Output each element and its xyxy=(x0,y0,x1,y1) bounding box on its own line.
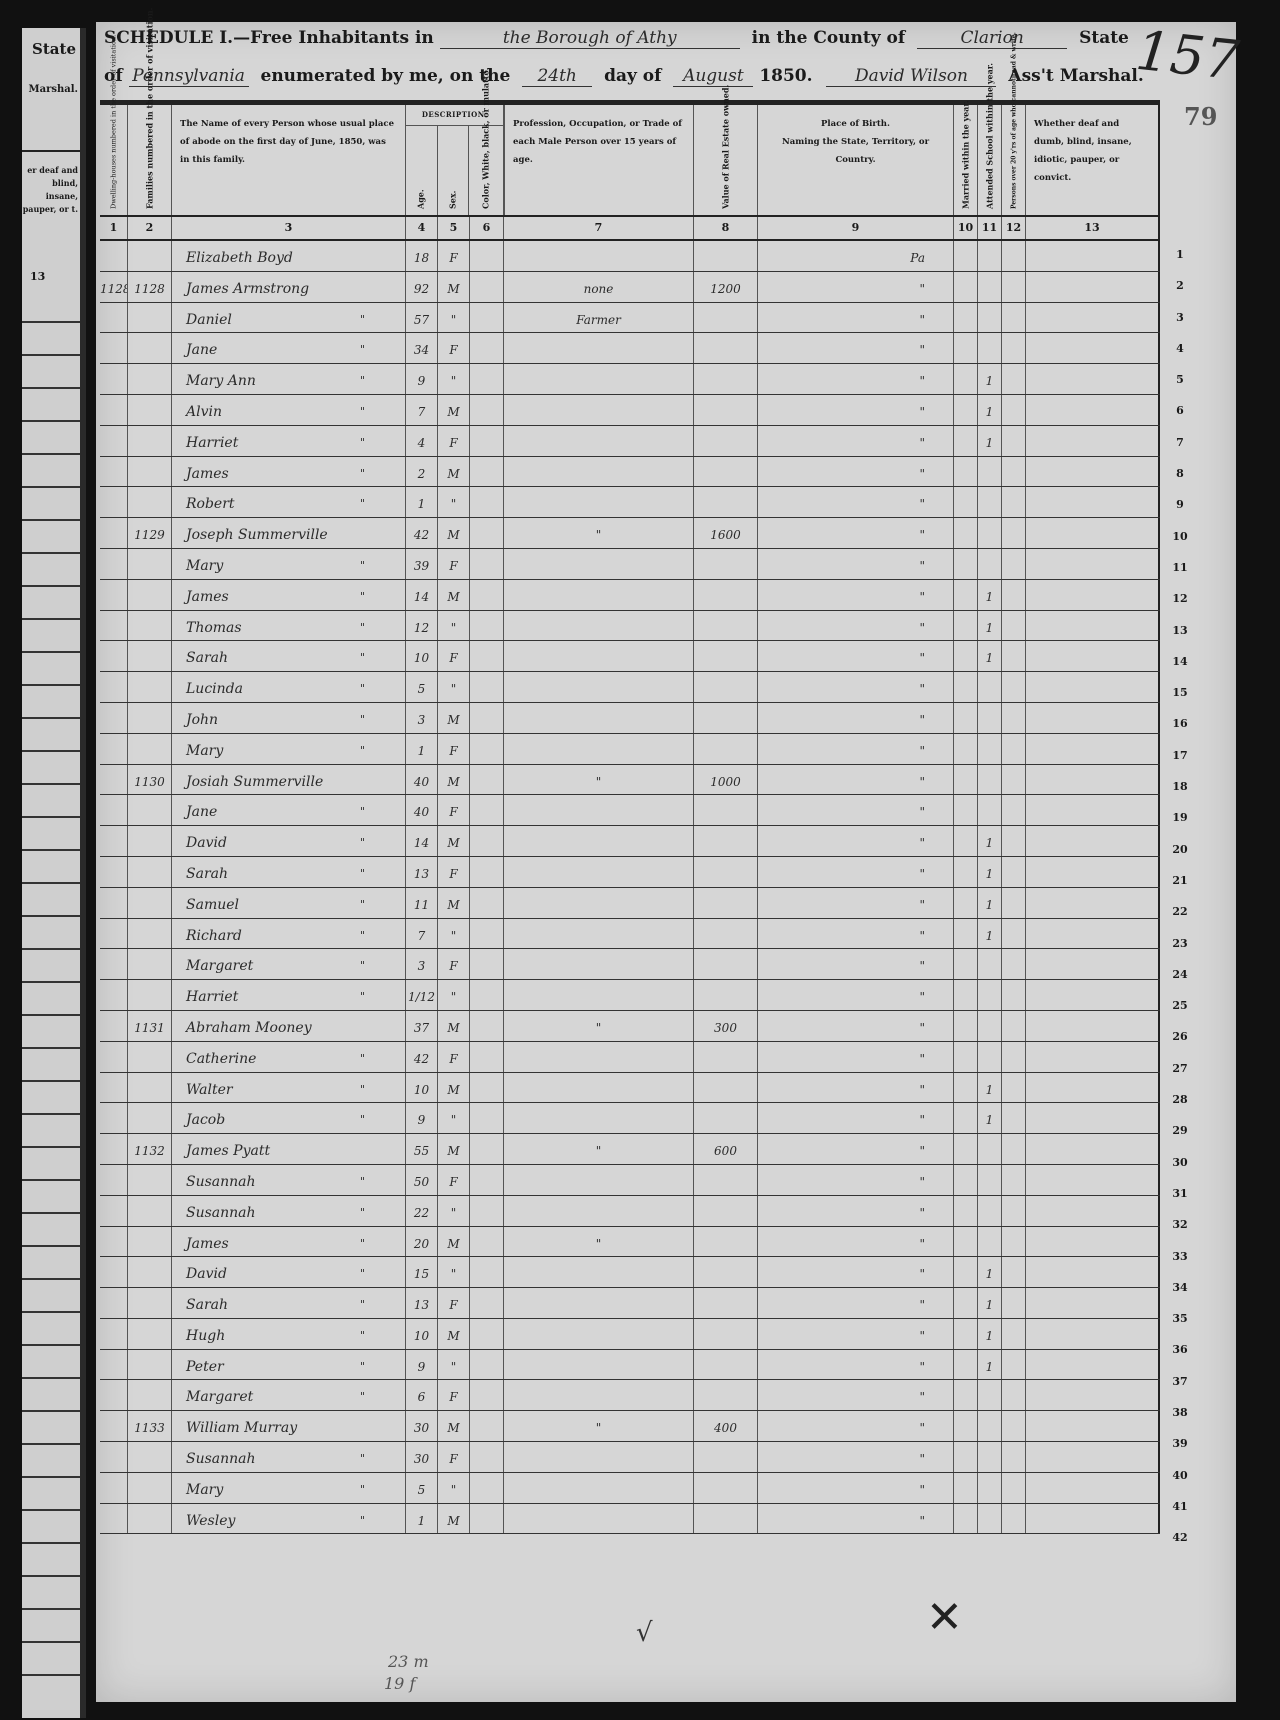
line-number: 17 xyxy=(1160,740,1200,771)
dwelling-cell xyxy=(100,611,128,641)
illiterate-cell xyxy=(1002,1227,1026,1257)
birthplace-cell: " xyxy=(758,1473,954,1503)
table-row: 1132James Pyatt55M"600" xyxy=(100,1134,1160,1165)
birthplace-cell: " xyxy=(758,1257,954,1287)
tally-females: 19 f xyxy=(384,1674,415,1693)
birthplace-cell: " xyxy=(758,518,954,548)
name-cell: Alvin" xyxy=(172,395,406,425)
real-estate-cell xyxy=(694,672,758,702)
condition-cell xyxy=(1026,734,1160,764)
condition-cell xyxy=(1026,1196,1160,1226)
illiterate-cell xyxy=(1002,980,1026,1010)
illiterate-cell xyxy=(1002,919,1026,949)
surname-ditto-mark: " xyxy=(360,1288,365,1318)
family-cell xyxy=(128,1196,172,1226)
sex-cell: " xyxy=(438,611,470,641)
color-cell xyxy=(470,1103,504,1133)
color-cell xyxy=(470,272,504,302)
occupation-cell xyxy=(504,919,694,949)
name-cell: Richard" xyxy=(172,919,406,949)
surname-ditto-mark: " xyxy=(360,426,365,456)
condition-cell xyxy=(1026,1350,1160,1380)
occupation-cell xyxy=(504,1042,694,1072)
age-cell: 1/12 xyxy=(406,980,438,1010)
color-cell xyxy=(470,395,504,425)
color-cell xyxy=(470,1380,504,1410)
real-estate-cell xyxy=(694,703,758,733)
sex-cell: " xyxy=(438,1103,470,1133)
illiterate-cell xyxy=(1002,1073,1026,1103)
name-cell: Margaret" xyxy=(172,1380,406,1410)
sex-cell: M xyxy=(438,272,470,302)
census-page: SCHEDULE I.—Free Inhabitants in the Boro… xyxy=(96,22,1236,1702)
school-cell: 1 xyxy=(978,1350,1002,1380)
school-cell xyxy=(978,1504,1002,1534)
age-cell: 5 xyxy=(406,672,438,702)
real-estate-cell xyxy=(694,888,758,918)
dwelling-cell xyxy=(100,641,128,671)
color-cell xyxy=(470,1165,504,1195)
occupation-cell xyxy=(504,795,694,825)
occupation-cell: " xyxy=(504,1134,694,1164)
condition-cell xyxy=(1026,703,1160,733)
sex-cell: F xyxy=(438,241,470,271)
table-row: Harriet"1/12"" xyxy=(100,980,1160,1011)
condition-cell xyxy=(1026,333,1160,363)
birthplace-cell: " xyxy=(758,703,954,733)
condition-cell xyxy=(1026,364,1160,394)
age-cell: 14 xyxy=(406,826,438,856)
color-cell xyxy=(470,1073,504,1103)
color-cell xyxy=(470,672,504,702)
line-number: 16 xyxy=(1160,708,1200,739)
married-cell xyxy=(954,888,978,918)
condition-cell xyxy=(1026,549,1160,579)
real-estate-cell xyxy=(694,795,758,825)
dwelling-cell xyxy=(100,826,128,856)
previous-page-strip: State Marshal. er deaf and blind, insane… xyxy=(22,28,86,1718)
line-number: 36 xyxy=(1160,1334,1200,1365)
age-cell: 40 xyxy=(406,765,438,795)
line-number: 22 xyxy=(1160,896,1200,927)
line-number: 29 xyxy=(1160,1115,1200,1146)
school-cell: 1 xyxy=(978,395,1002,425)
sex-cell: M xyxy=(438,1504,470,1534)
sex-cell: M xyxy=(438,1134,470,1164)
col-num-7: 7 xyxy=(504,217,694,239)
sex-cell: M xyxy=(438,395,470,425)
name-cell: Jane" xyxy=(172,795,406,825)
occupation-cell xyxy=(504,857,694,887)
condition-cell xyxy=(1026,1042,1160,1072)
age-cell: 10 xyxy=(406,641,438,671)
age-cell: 9 xyxy=(406,1350,438,1380)
dwelling-cell xyxy=(100,1196,128,1226)
table-row: Susannah"30F" xyxy=(100,1442,1160,1473)
day-field: 24th xyxy=(522,66,592,87)
birthplace-cell: " xyxy=(758,1042,954,1072)
birthplace-cell: " xyxy=(758,611,954,641)
birthplace-cell: " xyxy=(758,457,954,487)
column-number-row: 1 2 3 4 5 6 7 8 9 10 11 12 13 xyxy=(100,217,1160,241)
line-number: 6 xyxy=(1160,395,1200,426)
cross-mark: ✕ xyxy=(926,1592,963,1643)
school-cell: 1 xyxy=(978,1319,1002,1349)
sex-cell: M xyxy=(438,518,470,548)
table-row: Wesley"1M" xyxy=(100,1504,1160,1535)
name-cell: Susannah" xyxy=(172,1442,406,1472)
sex-cell: F xyxy=(438,795,470,825)
color-cell xyxy=(470,857,504,887)
condition-cell xyxy=(1026,1319,1160,1349)
color-cell xyxy=(470,1442,504,1472)
sex-cell: " xyxy=(438,980,470,1010)
occupation-cell: " xyxy=(504,765,694,795)
age-cell: 3 xyxy=(406,703,438,733)
married-cell xyxy=(954,1319,978,1349)
married-cell xyxy=(954,949,978,979)
family-cell xyxy=(128,1442,172,1472)
family-cell xyxy=(128,457,172,487)
school-cell xyxy=(978,734,1002,764)
condition-cell xyxy=(1026,303,1160,333)
name-cell: Joseph Summerville xyxy=(172,518,406,548)
real-estate-cell xyxy=(694,980,758,1010)
birthplace-cell: " xyxy=(758,1134,954,1164)
school-cell xyxy=(978,1473,1002,1503)
occupation-cell xyxy=(504,826,694,856)
married-cell xyxy=(954,641,978,671)
family-cell xyxy=(128,1288,172,1318)
line-number: 28 xyxy=(1160,1084,1200,1115)
condition-cell xyxy=(1026,1165,1160,1195)
real-estate-cell xyxy=(694,426,758,456)
family-cell xyxy=(128,303,172,333)
sex-cell: M xyxy=(438,1011,470,1041)
school-cell xyxy=(978,765,1002,795)
surname-ditto-mark: " xyxy=(360,303,365,333)
dwelling-cell xyxy=(100,734,128,764)
surname-ditto-mark: " xyxy=(360,1504,365,1534)
age-cell: 57 xyxy=(406,303,438,333)
sex-cell: M xyxy=(438,888,470,918)
table-row: Sarah"13F"1 xyxy=(100,857,1160,888)
col-header-description: DESCRIPTION. Age. Sex. Color, White, bla… xyxy=(406,105,504,215)
condition-cell xyxy=(1026,857,1160,887)
school-cell xyxy=(978,1134,1002,1164)
table-row: 11281128James Armstrong92Mnone1200" xyxy=(100,272,1160,303)
dwelling-cell xyxy=(100,1288,128,1318)
name-cell: William Murray xyxy=(172,1411,406,1441)
married-cell xyxy=(954,795,978,825)
name-cell: John" xyxy=(172,703,406,733)
enumerated-label: enumerated by me, on the xyxy=(261,66,511,86)
illiterate-cell xyxy=(1002,580,1026,610)
school-cell: 1 xyxy=(978,826,1002,856)
line-number: 35 xyxy=(1160,1303,1200,1334)
line-number: 19 xyxy=(1160,802,1200,833)
schedule-title-line: SCHEDULE I.—Free Inhabitants in the Boro… xyxy=(104,28,1135,49)
surname-ditto-mark: " xyxy=(360,1073,365,1103)
illiterate-cell xyxy=(1002,703,1026,733)
school-cell xyxy=(978,457,1002,487)
married-cell xyxy=(954,672,978,702)
col-header-occupation: Profession, Occupation, or Trade of each… xyxy=(504,105,694,215)
birthplace-cell: " xyxy=(758,1165,954,1195)
condition-cell xyxy=(1026,426,1160,456)
color-cell xyxy=(470,1504,504,1534)
illiterate-cell xyxy=(1002,1196,1026,1226)
school-cell: 1 xyxy=(978,580,1002,610)
age-cell: 10 xyxy=(406,1319,438,1349)
col-header-birthplace: Place of Birth. Naming the State, Territ… xyxy=(758,105,954,215)
married-cell xyxy=(954,1134,978,1164)
line-number: 41 xyxy=(1160,1491,1200,1522)
family-cell xyxy=(128,1380,172,1410)
surname-ditto-mark: " xyxy=(360,857,365,887)
condition-cell xyxy=(1026,641,1160,671)
school-cell xyxy=(978,1011,1002,1041)
sex-cell: " xyxy=(438,1473,470,1503)
sex-cell: M xyxy=(438,703,470,733)
condition-cell xyxy=(1026,919,1160,949)
surname-ditto-mark: " xyxy=(360,580,365,610)
real-estate-cell xyxy=(694,1504,758,1534)
real-estate-cell xyxy=(694,857,758,887)
family-cell: 1131 xyxy=(128,1011,172,1041)
real-estate-cell xyxy=(694,1288,758,1318)
table-row: David"14M"1 xyxy=(100,826,1160,857)
real-estate-cell xyxy=(694,1196,758,1226)
occupation-cell: Farmer xyxy=(504,303,694,333)
col-num-9: 9 xyxy=(758,217,954,239)
surname-ditto-mark: " xyxy=(360,1350,365,1380)
family-cell xyxy=(128,395,172,425)
line-number: 13 xyxy=(1160,615,1200,646)
school-cell xyxy=(978,1442,1002,1472)
table-row: Samuel"11M"1 xyxy=(100,888,1160,919)
married-cell xyxy=(954,1257,978,1287)
surname-ditto-mark: " xyxy=(360,1196,365,1226)
line-number: 37 xyxy=(1160,1366,1200,1397)
illiterate-cell xyxy=(1002,1011,1026,1041)
color-cell xyxy=(470,980,504,1010)
col-header-condition: Whether deaf and dumb, blind, insane, id… xyxy=(1026,105,1160,215)
col-header-illiterate: Persons over 20 y'rs of age who cannot r… xyxy=(1002,105,1026,215)
condition-cell xyxy=(1026,1011,1160,1041)
birthplace-cell: " xyxy=(758,549,954,579)
real-estate-cell xyxy=(694,641,758,671)
sex-cell: M xyxy=(438,457,470,487)
surname-ditto-mark: " xyxy=(360,980,365,1010)
dwelling-cell xyxy=(100,333,128,363)
name-cell: Margaret" xyxy=(172,949,406,979)
table-row: Margaret"3F" xyxy=(100,949,1160,980)
sex-cell: F xyxy=(438,1380,470,1410)
table-row: Thomas"12""1 xyxy=(100,611,1160,642)
name-cell: James Pyatt xyxy=(172,1134,406,1164)
table-row: Margaret"6F" xyxy=(100,1380,1160,1411)
strip-col-number: 13 xyxy=(30,270,45,283)
surname-ditto-mark: " xyxy=(360,1042,365,1072)
dwelling-cell xyxy=(100,703,128,733)
occupation-cell xyxy=(504,549,694,579)
condition-cell xyxy=(1026,487,1160,517)
illiterate-cell xyxy=(1002,241,1026,271)
age-cell: 50 xyxy=(406,1165,438,1195)
dwelling-cell xyxy=(100,1350,128,1380)
occupation-cell xyxy=(504,580,694,610)
surname-ditto-mark: " xyxy=(360,1103,365,1133)
dwelling-cell xyxy=(100,672,128,702)
table-row: 1131Abraham Mooney37M"300" xyxy=(100,1011,1160,1042)
age-cell: 9 xyxy=(406,364,438,394)
married-cell xyxy=(954,734,978,764)
real-estate-cell xyxy=(694,457,758,487)
line-number: 40 xyxy=(1160,1460,1200,1491)
illiterate-cell xyxy=(1002,857,1026,887)
dwelling-cell: 1128 xyxy=(100,272,128,302)
family-cell xyxy=(128,919,172,949)
surname-ditto-mark: " xyxy=(360,333,365,363)
table-row: James"2M" xyxy=(100,457,1160,488)
illiterate-cell xyxy=(1002,1165,1026,1195)
color-cell xyxy=(470,765,504,795)
table-row: 1133William Murray30M"400" xyxy=(100,1411,1160,1442)
col-header-married: Married within the year. xyxy=(954,105,978,215)
color-cell xyxy=(470,518,504,548)
married-cell xyxy=(954,549,978,579)
married-cell xyxy=(954,426,978,456)
family-cell: 1129 xyxy=(128,518,172,548)
age-cell: 12 xyxy=(406,611,438,641)
birthplace-cell: " xyxy=(758,980,954,1010)
married-cell xyxy=(954,1350,978,1380)
school-cell xyxy=(978,672,1002,702)
name-cell: Jacob" xyxy=(172,1103,406,1133)
table-row: Jane"40F" xyxy=(100,795,1160,826)
birthplace-cell: " xyxy=(758,734,954,764)
page-stamp-number: 157 xyxy=(1133,19,1242,92)
real-estate-cell xyxy=(694,303,758,333)
birthplace-cell: " xyxy=(758,333,954,363)
color-cell xyxy=(470,1196,504,1226)
condition-cell xyxy=(1026,1473,1160,1503)
day-of-label: day of xyxy=(604,66,661,86)
surname-ditto-mark: " xyxy=(360,1319,365,1349)
name-cell: Thomas" xyxy=(172,611,406,641)
month-field: August xyxy=(673,66,753,87)
dwelling-cell xyxy=(100,1473,128,1503)
birthplace-cell: " xyxy=(758,795,954,825)
age-cell: 40 xyxy=(406,795,438,825)
age-cell: 7 xyxy=(406,919,438,949)
line-number: 27 xyxy=(1160,1053,1200,1084)
real-estate-cell xyxy=(694,949,758,979)
table-row: Daniel"57"Farmer" xyxy=(100,303,1160,334)
age-cell: 4 xyxy=(406,426,438,456)
sex-cell: F xyxy=(438,1042,470,1072)
real-estate-cell: 300 xyxy=(694,1011,758,1041)
color-cell xyxy=(470,1257,504,1287)
illiterate-cell xyxy=(1002,364,1026,394)
married-cell xyxy=(954,1288,978,1318)
married-cell xyxy=(954,1442,978,1472)
condition-cell xyxy=(1026,1380,1160,1410)
condition-cell xyxy=(1026,949,1160,979)
occupation-cell xyxy=(504,1319,694,1349)
line-number: 10 xyxy=(1160,521,1200,552)
condition-cell xyxy=(1026,457,1160,487)
occupation-cell xyxy=(504,1442,694,1472)
name-cell: Daniel" xyxy=(172,303,406,333)
occupation-cell xyxy=(504,1257,694,1287)
line-number: 39 xyxy=(1160,1428,1200,1459)
condition-cell xyxy=(1026,672,1160,702)
dwelling-cell xyxy=(100,549,128,579)
line-number: 7 xyxy=(1160,427,1200,458)
state-label: State xyxy=(1079,28,1129,48)
occupation-cell xyxy=(504,487,694,517)
dwelling-cell xyxy=(100,795,128,825)
age-cell: 30 xyxy=(406,1442,438,1472)
strip-state-label: State xyxy=(32,40,76,58)
age-cell: 1 xyxy=(406,734,438,764)
real-estate-cell xyxy=(694,1350,758,1380)
color-cell xyxy=(470,734,504,764)
color-cell xyxy=(470,1042,504,1072)
condition-cell xyxy=(1026,1411,1160,1441)
color-cell xyxy=(470,1227,504,1257)
color-cell xyxy=(470,457,504,487)
table-row: Mary Ann"9""1 xyxy=(100,364,1160,395)
dwelling-cell xyxy=(100,487,128,517)
age-cell: 3 xyxy=(406,949,438,979)
family-cell xyxy=(128,1165,172,1195)
married-cell xyxy=(954,395,978,425)
surname-ditto-mark: " xyxy=(360,949,365,979)
age-cell: 6 xyxy=(406,1380,438,1410)
occupation-cell xyxy=(504,949,694,979)
family-cell xyxy=(128,1257,172,1287)
occupation-cell xyxy=(504,333,694,363)
name-cell: David" xyxy=(172,1257,406,1287)
county-field: Clarion xyxy=(917,28,1067,49)
occupation-cell xyxy=(504,457,694,487)
table-row: Alvin"7M"1 xyxy=(100,395,1160,426)
condition-cell xyxy=(1026,765,1160,795)
age-cell: 34 xyxy=(406,333,438,363)
name-cell: Samuel" xyxy=(172,888,406,918)
real-estate-cell xyxy=(694,919,758,949)
illiterate-cell xyxy=(1002,1473,1026,1503)
family-cell xyxy=(128,1350,172,1380)
surname-ditto-mark: " xyxy=(360,1165,365,1195)
real-estate-cell xyxy=(694,395,758,425)
birthplace-cell: " xyxy=(758,1103,954,1133)
married-cell xyxy=(954,241,978,271)
married-cell xyxy=(954,303,978,333)
condition-cell xyxy=(1026,395,1160,425)
line-number: 33 xyxy=(1160,1241,1200,1272)
illiterate-cell xyxy=(1002,426,1026,456)
dwelling-cell xyxy=(100,980,128,1010)
col-num-4: 4 xyxy=(406,217,438,239)
school-cell xyxy=(978,487,1002,517)
surname-ditto-mark: " xyxy=(360,549,365,579)
family-cell xyxy=(128,1042,172,1072)
married-cell xyxy=(954,703,978,733)
